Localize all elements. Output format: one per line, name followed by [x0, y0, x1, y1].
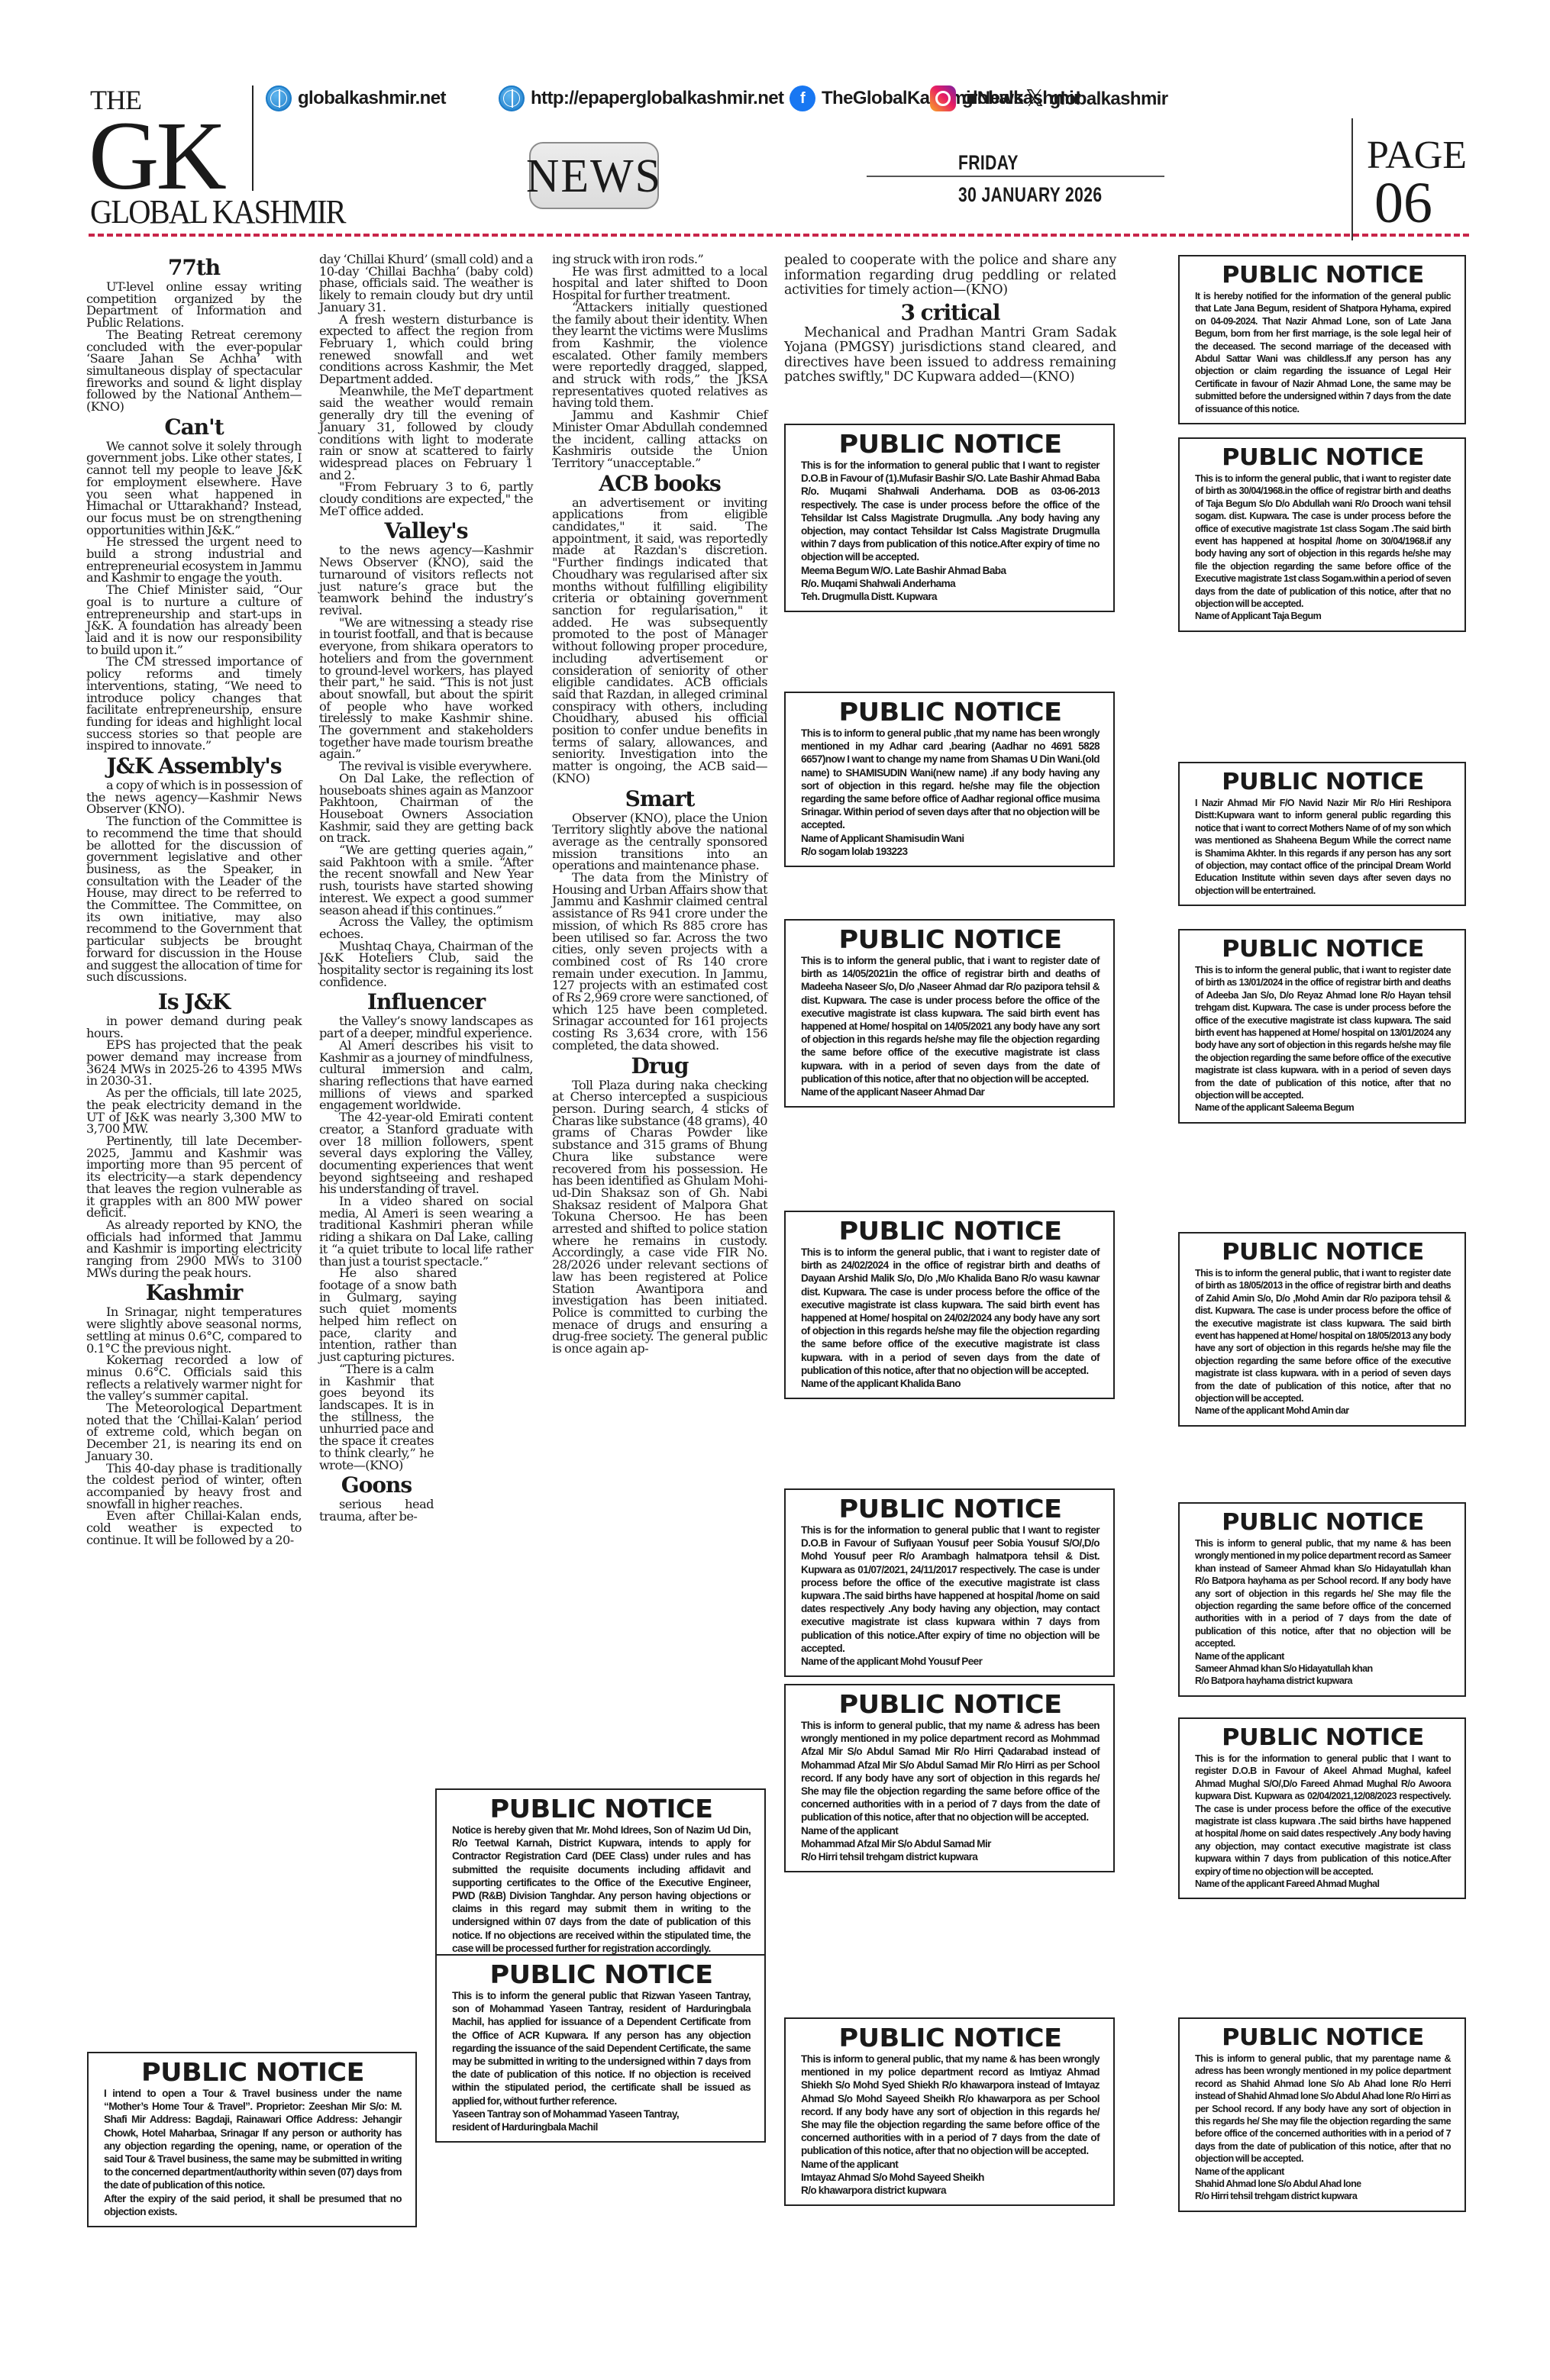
notice-signature: Name of Applicant Shamisudin Wani R/o so… [801, 832, 1100, 858]
public-notice-mother-name-correction: PUBLIC NOTICE I Nazir Ahmad Mir F/O Navi… [1178, 762, 1466, 906]
notice-title: PUBLIC NOTICE [792, 1218, 1108, 1244]
public-notice-taja-dob: PUBLIC NOTICE This is to inform the gene… [1178, 437, 1466, 632]
notice-body: This is to inform the general public, th… [1195, 964, 1451, 1101]
article-text: in power demand during peak hours. [86, 1015, 302, 1039]
article-text: As already reported by KNO, the official… [86, 1219, 302, 1279]
article-text: Meanwhile, the MeT department said the w… [319, 385, 533, 482]
article-text: Across the Valley, the optimism echoes. [319, 916, 533, 940]
article-text: This 40-day phase is traditionally the c… [86, 1463, 302, 1511]
notice-signature: Name of the applicant Imtayaz Ahmad S/o … [801, 2158, 1100, 2198]
notice-title: PUBLIC NOTICE [443, 1962, 759, 1988]
public-notice-mufasir-dob: PUBLIC NOTICE This is for the informatio… [784, 424, 1115, 612]
social-link-website[interactable]: globalkashmir.net [266, 85, 446, 111]
notice-signature: Name of the applicant Mohd Yousuf Peer [801, 1655, 1100, 1668]
section-badge: NEWS [529, 142, 659, 209]
article-text: an advertisement or inviting application… [552, 497, 767, 785]
page-divider [1351, 118, 1353, 240]
article-text: The function of the Committee is to reco… [86, 815, 302, 983]
article-text: The data from the Ministry of Housing an… [552, 872, 767, 1052]
notice-body: Notice is hereby given that Mr. Mohd Idr… [452, 1824, 751, 1955]
notice-body: This is inform to general public, that m… [1195, 1537, 1451, 1650]
article-text: “Attackers initially questioned the fami… [552, 302, 767, 409]
article-text: UT-level online essay writing competitio… [86, 281, 302, 329]
notice-body: This is to inform the general public, th… [801, 1246, 1100, 1377]
article-text: The Chief Minister said, “Our goal is to… [86, 584, 302, 656]
notice-signature: Name of the applicant Shahid Ahmad lone … [1195, 2166, 1451, 2203]
headline-goons: Goons [319, 1472, 434, 1498]
article-text: “We are getting queries again,” said Pak… [319, 844, 533, 916]
issue-date: 30 JANUARY 2026 [958, 183, 1102, 207]
public-notice-madeeha-dob: PUBLIC NOTICE This is to inform the gene… [784, 919, 1115, 1108]
masthead-rule [89, 234, 1469, 237]
article-text: The Meteorological Department noted that… [86, 1402, 302, 1463]
article-text: Al Ameri describes his visit to Kashmir … [319, 1040, 533, 1111]
headline-jk-assembly: J&K Assembly's [86, 753, 302, 779]
headline-drug: Drug [552, 1053, 767, 1079]
article-text: The 42-year-old Emirati content creator,… [319, 1111, 533, 1195]
notice-body: This is for the information to general p… [801, 1524, 1100, 1655]
article-text: A fresh western disturbance is expected … [319, 314, 533, 385]
article-text: He was first admitted to a local hospita… [552, 266, 767, 302]
article-text: day ‘Chillai Khurd’ (small cold) and a 1… [319, 253, 533, 314]
headline-cant: Can't [86, 414, 302, 440]
news-column-1: 77th UT-level online essay writing compe… [86, 253, 302, 1546]
article-text: EPS has projected that the peak power de… [86, 1039, 302, 1087]
public-notice-afzal-record: PUBLIC NOTICE This is inform to general … [784, 1684, 1115, 1872]
notice-title: PUBLIC NOTICE [792, 2025, 1108, 2051]
notice-body: I intend to open a Tour & Travel busines… [104, 2087, 402, 2192]
article-text: We cannot solve it solely through govern… [86, 440, 302, 537]
article-text: the Valley’s snowy landscapes as part of… [319, 1015, 533, 1039]
social-link-epaper[interactable]: http://epaperglobalkashmir.net [499, 85, 783, 111]
section-label: NEWS [526, 148, 662, 203]
notice-title: PUBLIC NOTICE [1187, 1725, 1458, 1751]
notice-body: This is to inform the general public tha… [452, 1989, 751, 2107]
notice-title: PUBLIC NOTICE [792, 1691, 1108, 1717]
article-text: serious head trauma, after be- [319, 1498, 434, 1522]
globe-icon [499, 85, 525, 111]
masthead-title: GLOBAL KASHMIR [90, 192, 345, 231]
article-text: Mushtaq Chaya, Chairman of the J&K Hotel… [319, 940, 533, 988]
public-notice-adeeba-dob: PUBLIC NOTICE This is to inform the gene… [1178, 929, 1466, 1124]
news-column-2: day ‘Chillai Khurd’ (small cold) and a 1… [319, 253, 533, 1523]
headline-3-critical: 3 critical [784, 300, 1116, 326]
issue-day: FRIDAY [958, 151, 1019, 175]
public-notice-tour-travel: PUBLIC NOTICE I intend to open a Tour & … [87, 2052, 417, 2227]
notice-body: This is inform to general public, that m… [801, 2053, 1100, 2158]
notice-signature: After the expiry of the said period, it … [104, 2192, 402, 2218]
headline-smart: Smart [552, 786, 767, 812]
globe-icon [266, 85, 292, 111]
notice-signature: Name of the applicant Fareed Ahmad Mugha… [1195, 1878, 1451, 1890]
notice-signature: Name of the applicant Sameer Ahmad khan … [1195, 1650, 1451, 1688]
headline-influencer: Influencer [319, 989, 533, 1015]
notice-title: PUBLIC NOTICE [443, 1796, 759, 1822]
article-text: In a video shared on social media, Al Am… [319, 1195, 533, 1267]
article-text: “There is a calm in Kashmir that goes be… [319, 1363, 434, 1471]
notice-body: This is to inform the general public, th… [1195, 472, 1451, 610]
article-text: to the news agency—Kashmir News Observer… [319, 544, 533, 616]
article-text: In Srinagar, night temperatures were sli… [86, 1306, 302, 1354]
article-text: He also shared footage of a snow bath in… [319, 1267, 457, 1363]
notice-body: This is inform to general public, that m… [1195, 2053, 1451, 2166]
news-column-3: ing struck with iron rods.” He was first… [552, 253, 767, 1355]
notice-body: This is for the information to general p… [801, 459, 1100, 564]
notice-body: This is to inform the general public, th… [1195, 1267, 1451, 1404]
public-notice-dependent-certificate: PUBLIC NOTICE This is to inform the gene… [435, 1954, 766, 2143]
article-text: The CM stressed importance of policy ref… [86, 656, 302, 752]
logo-divider [252, 85, 253, 191]
notice-body: This is to inform the general public, th… [801, 954, 1100, 1085]
social-label: globalkashmir.net [298, 88, 446, 109]
notice-signature: Name of the applicant Mohd Amin dar [1195, 1404, 1451, 1417]
notice-body: I Nazir Ahmad Mir F/O Navid Nazir Mir R/… [1195, 797, 1451, 897]
news-column-4: pealed to cooperate with the police and … [784, 253, 1116, 385]
notice-title: PUBLIC NOTICE [1187, 263, 1458, 289]
page-number: 06 [1374, 174, 1432, 232]
notice-body: This is to inform to general public ,tha… [801, 727, 1100, 832]
article-text: Observer (KNO), place the Union Territor… [552, 812, 767, 872]
article-text: Jammu and Kashmir Chief Minister Omar Ab… [552, 409, 767, 469]
notice-signature: Name of the applicant Khalida Bano [801, 1377, 1100, 1390]
notice-signature: Name of the applicant Saleema Begum [1195, 1101, 1451, 1114]
facebook-icon: f [790, 85, 815, 111]
article-text: Kokernag recorded a low of minus 0.6°C. … [86, 1354, 302, 1402]
public-notice-imtayaz-record: PUBLIC NOTICE This is inform to general … [784, 2017, 1115, 2206]
public-notice-name-change-shamisudin: PUBLIC NOTICE This is to inform to gener… [784, 692, 1115, 867]
notice-title: PUBLIC NOTICE [792, 431, 1108, 457]
notice-title: PUBLIC NOTICE [792, 927, 1108, 953]
public-notice-shahid-record: PUBLIC NOTICE This is inform to general … [1178, 2017, 1466, 2212]
page-label: PAGE [1367, 130, 1467, 176]
article-text: He stressed the urgent need to build a s… [86, 536, 302, 584]
notice-signature: Name of the applicant Naseer Ahmad Dar [801, 1085, 1100, 1098]
notice-title: PUBLIC NOTICE [1187, 937, 1458, 963]
notice-title: PUBLIC NOTICE [792, 1496, 1108, 1522]
social-label: http://epaperglobalkashmir.net [531, 88, 783, 109]
article-text: The Beating Retreat ceremony concluded w… [86, 329, 302, 413]
social-label: globalkashmir [1050, 89, 1168, 110]
article-text: As per the officials, till late 2025, th… [86, 1087, 302, 1135]
social-link-x[interactable]: 𝕏 globalkashmir [1025, 85, 1168, 112]
article-text: Pertinently, till late December-2025, Ja… [86, 1135, 302, 1219]
article-text: Mechanical and Pradhan Mantri Gram Sadak… [784, 326, 1116, 385]
notice-signature: Yaseen Tantray son of Mohammad Yaseen Ta… [452, 2107, 751, 2133]
headline-kashmir: Kashmir [86, 1280, 302, 1306]
x-icon: 𝕏 [1025, 85, 1044, 112]
headline-acb-books: ACB books [552, 471, 767, 497]
notice-title: PUBLIC NOTICE [95, 2059, 410, 2085]
headline-77th: 77th [86, 255, 302, 281]
public-notice-dayaan-dob: PUBLIC NOTICE This is to inform the gene… [784, 1211, 1115, 1399]
article-text: Even after Chillai-Kalan ends, cold weat… [86, 1510, 302, 1546]
public-notice-legal-heir: PUBLIC NOTICE It is hereby notified for … [1178, 255, 1466, 424]
headline-valleys: Valley's [319, 518, 533, 544]
notice-body: It is hereby notified for the informatio… [1195, 290, 1451, 415]
public-notice-akeel-dob: PUBLIC NOTICE This is for the informatio… [1178, 1717, 1466, 1899]
notice-body: This is for the information to general p… [1195, 1753, 1451, 1878]
notice-signature: Name of the applicant Mohammad Afzal Mir… [801, 1824, 1100, 1864]
notice-title: PUBLIC NOTICE [1187, 2025, 1458, 2051]
article-text: Toll Plaza during naka checking at Chers… [552, 1079, 767, 1355]
notice-title: PUBLIC NOTICE [792, 699, 1108, 725]
public-notice-sameer-record: PUBLIC NOTICE This is inform to general … [1178, 1502, 1466, 1697]
public-notice-zahid-dob: PUBLIC NOTICE This is to inform the gene… [1178, 1232, 1466, 1427]
date-rule [867, 176, 1164, 177]
instagram-icon [930, 85, 956, 111]
article-text: "From February 3 to 6, partly cloudy con… [319, 481, 533, 517]
notice-signature: Name of Applicant Taja Begum [1195, 610, 1451, 622]
masthead-logo-gk: GK [89, 107, 224, 205]
notice-title: PUBLIC NOTICE [1187, 445, 1458, 471]
public-notice-contractor-registration: PUBLIC NOTICE Notice is hereby given tha… [435, 1788, 766, 1964]
article-text: On Dal Lake, the reflection of houseboat… [319, 772, 533, 844]
article-text: pealed to cooperate with the police and … [784, 253, 1116, 298]
notice-body: This is inform to general public, that m… [801, 1719, 1100, 1824]
notice-title: PUBLIC NOTICE [1187, 1240, 1458, 1266]
headline-is-jk: Is J&K [86, 989, 302, 1015]
article-text: "We are witnessing a steady rise in tour… [319, 617, 533, 760]
notice-title: PUBLIC NOTICE [1187, 769, 1458, 795]
public-notice-sufiyaan-dob: PUBLIC NOTICE This is for the informatio… [784, 1488, 1115, 1677]
article-text: a copy of which is in possession of the … [86, 779, 302, 815]
notice-signature: Meema Begum W/O. Late Bashir Ahmad Baba … [801, 564, 1100, 604]
notice-title: PUBLIC NOTICE [1187, 1510, 1458, 1536]
